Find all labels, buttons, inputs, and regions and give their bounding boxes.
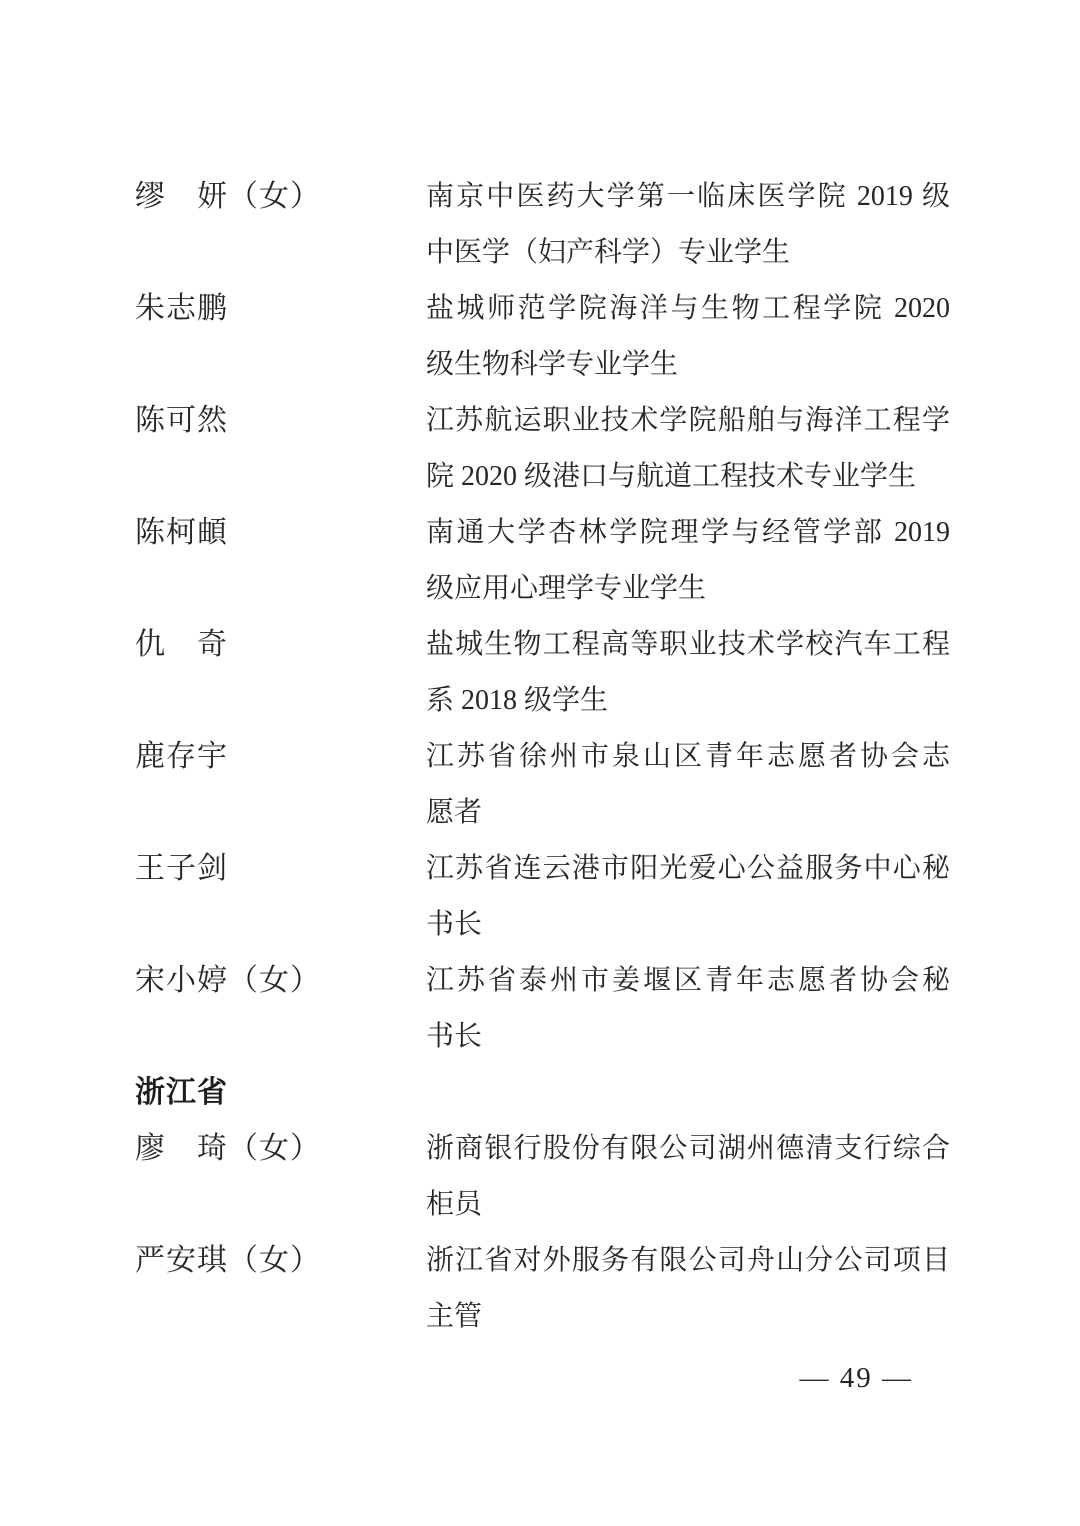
person-name: 廖 琦（女） xyxy=(135,1121,426,1177)
person-description: 江苏省连云港市阳光爱心公益服务中心秘书长 xyxy=(426,841,950,953)
page-number-text: — 49 — xyxy=(800,1362,914,1394)
description-line: 江苏省徐州市泉山区青年志愿者协会志 xyxy=(426,729,950,785)
person-name: 陈柯頔 xyxy=(135,505,426,561)
person-name: 宋小婷（女） xyxy=(135,953,426,1009)
description-line: 江苏省泰州市姜堰区青年志愿者协会秘 xyxy=(426,953,950,1009)
description-line: 书长 xyxy=(426,1009,950,1065)
page-number: — 49 — xyxy=(0,1362,1080,1394)
person-name: 鹿存宇 xyxy=(135,729,426,785)
person-name: 王子剑 xyxy=(135,841,426,897)
description-line: 主管 xyxy=(426,1289,950,1345)
person-name: 陈可然 xyxy=(135,393,426,449)
description-line: 中医学（妇产科学）专业学生 xyxy=(426,225,950,281)
description-line: 书长 xyxy=(426,897,950,953)
person-description: 南通大学杏林学院理学与经管学部 2019级应用心理学专业学生 xyxy=(426,505,950,617)
description-line: 柜员 xyxy=(426,1177,950,1233)
person-description: 南京中医药大学第一临床医学院 2019 级中医学（妇产科学）专业学生 xyxy=(426,169,950,281)
person-name: 缪 妍（女） xyxy=(135,169,426,225)
list-entry: 鹿存宇江苏省徐州市泉山区青年志愿者协会志愿者 xyxy=(135,729,950,841)
list-entry: 严安琪（女）浙江省对外服务有限公司舟山分公司项目主管 xyxy=(135,1233,950,1345)
description-line: 级应用心理学专业学生 xyxy=(426,561,950,617)
person-description: 浙江省对外服务有限公司舟山分公司项目主管 xyxy=(426,1233,950,1345)
description-line: 盐城师范学院海洋与生物工程学院 2020 xyxy=(426,281,950,337)
province-section-header: 浙江省 xyxy=(135,1065,950,1121)
person-description: 江苏航运职业技术学院船舶与海洋工程学院 2020 级港口与航道工程技术专业学生 xyxy=(426,393,950,505)
list-entry: 廖 琦（女）浙商银行股份有限公司湖州德清支行综合柜员 xyxy=(135,1121,950,1233)
description-line: 江苏省连云港市阳光爱心公益服务中心秘 xyxy=(426,841,950,897)
list-entry: 仇 奇盐城生物工程高等职业技术学校汽车工程系 2018 级学生 xyxy=(135,617,950,729)
description-line: 浙江省对外服务有限公司舟山分公司项目 xyxy=(426,1233,950,1289)
person-description: 江苏省泰州市姜堰区青年志愿者协会秘书长 xyxy=(426,953,950,1065)
person-description: 江苏省徐州市泉山区青年志愿者协会志愿者 xyxy=(426,729,950,841)
document-page: 缪 妍（女）南京中医药大学第一临床医学院 2019 级中医学（妇产科学）专业学生… xyxy=(0,0,1080,1526)
list-entry: 缪 妍（女）南京中医药大学第一临床医学院 2019 级中医学（妇产科学）专业学生 xyxy=(135,169,950,281)
honor-roll-list: 缪 妍（女）南京中医药大学第一临床医学院 2019 级中医学（妇产科学）专业学生… xyxy=(135,169,950,1345)
person-name: 严安琪（女） xyxy=(135,1233,426,1289)
description-line: 级生物科学专业学生 xyxy=(426,337,950,393)
person-name: 朱志鹏 xyxy=(135,281,426,337)
list-entry: 朱志鹏盐城师范学院海洋与生物工程学院 2020级生物科学专业学生 xyxy=(135,281,950,393)
description-line: 南通大学杏林学院理学与经管学部 2019 xyxy=(426,505,950,561)
description-line: 院 2020 级港口与航道工程技术专业学生 xyxy=(426,449,950,505)
description-line: 盐城生物工程高等职业技术学校汽车工程 xyxy=(426,617,950,673)
description-line: 系 2018 级学生 xyxy=(426,673,950,729)
description-line: 浙商银行股份有限公司湖州德清支行综合 xyxy=(426,1121,950,1177)
list-entry: 王子剑江苏省连云港市阳光爱心公益服务中心秘书长 xyxy=(135,841,950,953)
list-entry: 陈可然江苏航运职业技术学院船舶与海洋工程学院 2020 级港口与航道工程技术专业… xyxy=(135,393,950,505)
list-entry: 陈柯頔南通大学杏林学院理学与经管学部 2019级应用心理学专业学生 xyxy=(135,505,950,617)
person-name: 仇 奇 xyxy=(135,617,426,673)
person-description: 浙商银行股份有限公司湖州德清支行综合柜员 xyxy=(426,1121,950,1233)
person-description: 盐城生物工程高等职业技术学校汽车工程系 2018 级学生 xyxy=(426,617,950,729)
description-line: 愿者 xyxy=(426,785,950,841)
description-line: 江苏航运职业技术学院船舶与海洋工程学 xyxy=(426,393,950,449)
list-entry: 宋小婷（女）江苏省泰州市姜堰区青年志愿者协会秘书长 xyxy=(135,953,950,1065)
person-description: 盐城师范学院海洋与生物工程学院 2020级生物科学专业学生 xyxy=(426,281,950,393)
description-line: 南京中医药大学第一临床医学院 2019 级 xyxy=(426,169,950,225)
